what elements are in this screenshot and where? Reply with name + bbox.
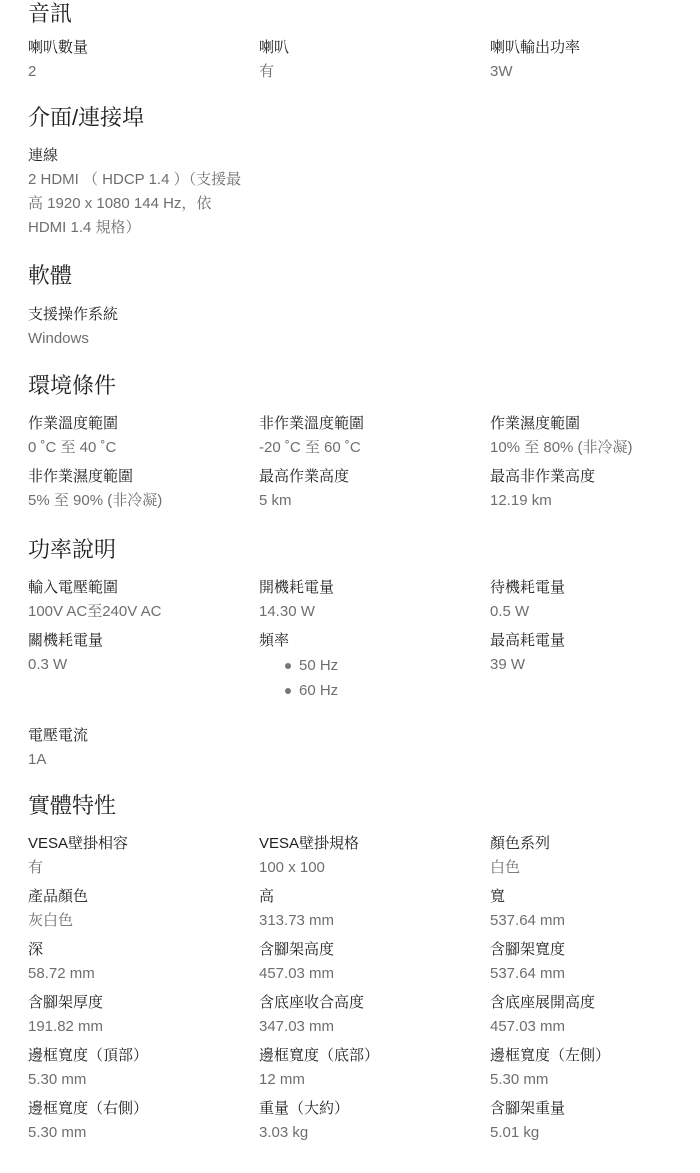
spec-label: VESA壁掛規格 <box>259 832 479 856</box>
spec-label: 喇叭數量 <box>28 36 248 60</box>
spec-value: 3.03 kg <box>259 1121 479 1145</box>
spec-label: 邊框寬度（右側） <box>28 1097 248 1121</box>
spec-value: 0.5 W <box>490 600 700 624</box>
section-audio: 音訊 喇叭數量 2 喇叭 有 喇叭輸出功率 3W <box>28 0 688 88</box>
spec-value: 10% 至 80% (非冷凝) <box>490 436 700 460</box>
spec-off-power: 關機耗電量 0.3 W <box>28 629 248 677</box>
spec-value: 5.30 mm <box>28 1121 248 1145</box>
spec-value: 12.19 km <box>490 489 700 513</box>
section-software: 軟體 支援操作系統 Windows <box>28 262 688 350</box>
spec-color-series: 顏色系列 白色 <box>490 832 700 880</box>
spec-value: 0.3 W <box>28 653 248 677</box>
spec-bezel-left: 邊框寬度（左側） 5.30 mm <box>490 1044 700 1092</box>
spec-label: 邊框寬度（左側） <box>490 1044 700 1068</box>
spec-label: 電壓電流 <box>28 724 248 748</box>
spec-value: 有 <box>259 60 479 84</box>
spec-connectivity: 連線 2 HDMI （ HDCP 1.4 ）（支援最高 1920 x 1080 … <box>28 144 248 240</box>
spec-label: 非作業濕度範圍 <box>28 465 248 489</box>
spec-label: 最高作業高度 <box>259 465 479 489</box>
spec-label: 待機耗電量 <box>490 576 700 600</box>
spec-bezel-bottom: 邊框寬度（底部） 12 mm <box>259 1044 479 1092</box>
spec-value: Windows <box>28 327 248 351</box>
spec-os: 支援操作系統 Windows <box>28 303 248 351</box>
section-title: 環境條件 <box>28 372 688 400</box>
spec-weight-with-stand: 含腳架重量 5.01 kg <box>490 1097 700 1145</box>
spec-label: 含底座收合高度 <box>259 991 479 1015</box>
spec-value: 14.30 W <box>259 600 479 624</box>
spec-value: 5.30 mm <box>490 1068 700 1092</box>
spec-vesa-spec: VESA壁掛規格 100 x 100 <box>259 832 479 880</box>
spec-value: 313.73 mm <box>259 909 479 933</box>
section-environment: 環境條件 作業溫度範圍 0 ˚C 至 40 ˚C 非作業溫度範圍 -20 ˚C … <box>28 372 688 510</box>
spec-width-with-stand: 含腳架寬度 537.64 mm <box>490 938 700 986</box>
spec-speaker: 喇叭 有 <box>259 36 479 84</box>
spec-input-voltage: 輸入電壓範圍 100V AC至240V AC <box>28 576 248 624</box>
spec-value: 100 x 100 <box>259 856 479 880</box>
spec-value: 2 <box>28 60 248 84</box>
spec-value: 3W <box>490 60 700 84</box>
spec-label: 喇叭 <box>259 36 479 60</box>
spec-label: 產品顏色 <box>28 885 248 909</box>
spec-width: 寬 537.64 mm <box>490 885 700 933</box>
spec-max-nonoperating-altitude: 最高非作業高度 12.19 km <box>490 465 700 513</box>
spec-label: 含腳架高度 <box>259 938 479 962</box>
spec-speaker-output: 喇叭輸出功率 3W <box>490 36 700 84</box>
spec-value: 2 HDMI （ HDCP 1.4 ）（支援最高 1920 x 1080 144… <box>28 168 248 240</box>
spec-value: 58.72 mm <box>28 962 248 986</box>
spec-depth: 深 58.72 mm <box>28 938 248 986</box>
spec-value: 100V AC至240V AC <box>28 600 248 624</box>
spec-depth-with-stand: 含腳架厚度 191.82 mm <box>28 991 248 1039</box>
spec-label: 作業濕度範圍 <box>490 412 700 436</box>
spec-speaker-count: 喇叭數量 2 <box>28 36 248 84</box>
spec-value: 457.03 mm <box>259 962 479 986</box>
spec-max-operating-altitude: 最高作業高度 5 km <box>259 465 479 513</box>
spec-value: 5 km <box>259 489 479 513</box>
spec-height-stand-collapsed: 含底座收合高度 347.03 mm <box>259 991 479 1039</box>
spec-label: 高 <box>259 885 479 909</box>
spec-bezel-top: 邊框寬度（頂部） 5.30 mm <box>28 1044 248 1092</box>
spec-value: 457.03 mm <box>490 1015 700 1039</box>
spec-frequency: 頻率 50 Hz 60 Hz <box>259 629 479 703</box>
spec-label: 顏色系列 <box>490 832 700 856</box>
spec-label: 喇叭輸出功率 <box>490 36 700 60</box>
spec-label: VESA壁掛相容 <box>28 832 248 856</box>
spec-value: 白色 <box>490 856 700 880</box>
section-interface: 介面/連接埠 連線 2 HDMI （ HDCP 1.4 ）（支援最高 1920 … <box>28 104 688 232</box>
spec-bezel-right: 邊框寬度（右側） 5.30 mm <box>28 1097 248 1145</box>
spec-label: 頻率 <box>259 629 479 653</box>
section-title: 軟體 <box>28 262 688 290</box>
spec-height-stand-extended: 含底座展開高度 457.03 mm <box>490 991 700 1039</box>
spec-value: 5% 至 90% (非冷凝) <box>28 489 248 513</box>
section-physical: 實體特性 VESA壁掛相容 有 VESA壁掛規格 100 x 100 顏色系列 … <box>28 792 688 1160</box>
spec-label: 支援操作系統 <box>28 303 248 327</box>
spec-label: 含腳架厚度 <box>28 991 248 1015</box>
section-title: 實體特性 <box>28 792 688 820</box>
spec-label: 最高非作業高度 <box>490 465 700 489</box>
spec-value: 0 ˚C 至 40 ˚C <box>28 436 248 460</box>
spec-value: 12 mm <box>259 1068 479 1092</box>
spec-label: 輸入電壓範圍 <box>28 576 248 600</box>
section-title: 功率說明 <box>28 536 688 564</box>
spec-max-power: 最高耗電量 39 W <box>490 629 700 677</box>
spec-power-on: 開機耗電量 14.30 W <box>259 576 479 624</box>
spec-value: 灰白色 <box>28 909 248 933</box>
frequency-item: 60 Hz <box>285 678 479 703</box>
spec-operating-humidity: 作業濕度範圍 10% 至 80% (非冷凝) <box>490 412 700 460</box>
frequency-list: 50 Hz 60 Hz <box>285 653 479 703</box>
spec-label: 含底座展開高度 <box>490 991 700 1015</box>
spec-product-color: 產品顏色 灰白色 <box>28 885 248 933</box>
spec-value: 5.30 mm <box>28 1068 248 1092</box>
spec-value: 有 <box>28 856 248 880</box>
spec-weight-approx: 重量（大約） 3.03 kg <box>259 1097 479 1145</box>
spec-value: 347.03 mm <box>259 1015 479 1039</box>
spec-nonoperating-temp: 非作業溫度範圍 -20 ˚C 至 60 ˚C <box>259 412 479 460</box>
spec-label: 重量（大約） <box>259 1097 479 1121</box>
spec-value: 1A <box>28 748 248 772</box>
spec-label: 含腳架寬度 <box>490 938 700 962</box>
spec-value: 191.82 mm <box>28 1015 248 1039</box>
spec-label: 含腳架重量 <box>490 1097 700 1121</box>
spec-value: -20 ˚C 至 60 ˚C <box>259 436 479 460</box>
spec-label: 最高耗電量 <box>490 629 700 653</box>
spec-standby-power: 待機耗電量 0.5 W <box>490 576 700 624</box>
spec-label: 開機耗電量 <box>259 576 479 600</box>
spec-height-with-stand: 含腳架高度 457.03 mm <box>259 938 479 986</box>
spec-label: 深 <box>28 938 248 962</box>
spec-label: 邊框寬度（底部） <box>259 1044 479 1068</box>
spec-value: 39 W <box>490 653 700 677</box>
spec-label: 邊框寬度（頂部） <box>28 1044 248 1068</box>
spec-label: 非作業溫度範圍 <box>259 412 479 436</box>
section-title: 音訊 <box>28 0 688 28</box>
spec-current: 電壓電流 1A <box>28 724 248 772</box>
spec-value: 537.64 mm <box>490 962 700 986</box>
spec-label: 連線 <box>28 144 248 168</box>
spec-height: 高 313.73 mm <box>259 885 479 933</box>
section-title: 介面/連接埠 <box>28 104 688 132</box>
spec-label: 寬 <box>490 885 700 909</box>
spec-label: 關機耗電量 <box>28 629 248 653</box>
spec-operating-temp: 作業溫度範圍 0 ˚C 至 40 ˚C <box>28 412 248 460</box>
spec-value: 537.64 mm <box>490 909 700 933</box>
frequency-item: 50 Hz <box>285 653 479 678</box>
spec-value: 5.01 kg <box>490 1121 700 1145</box>
spec-label: 作業溫度範圍 <box>28 412 248 436</box>
spec-nonoperating-humidity: 非作業濕度範圍 5% 至 90% (非冷凝) <box>28 465 248 513</box>
section-power: 功率說明 輸入電壓範圍 100V AC至240V AC 開機耗電量 14.30 … <box>28 536 688 794</box>
spec-vesa-compatible: VESA壁掛相容 有 <box>28 832 248 880</box>
